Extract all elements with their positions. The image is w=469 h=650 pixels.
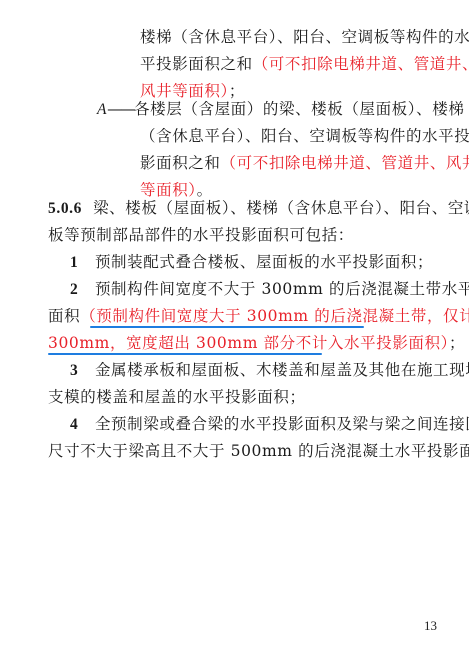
symbol-a: A [97, 101, 107, 118]
definition-a-line: A——各楼层（含屋面）的梁、楼板（屋面板）、楼梯 [97, 99, 464, 120]
definition-text-line: 等面积）。 [140, 180, 213, 200]
item-text: 面积 [48, 307, 80, 325]
item-text-line: 300mm，宽度超出 300mm 部分不计入水平投影面积）； [48, 333, 465, 353]
red-note: （可不扣除电梯井道、管道井、风井 [221, 154, 469, 172]
item-number: 4 [70, 416, 78, 433]
punctuation: ； [229, 82, 245, 100]
red-note: （可不扣除电梯井道、管道井、 [253, 55, 469, 73]
em-dash: —— [107, 100, 134, 118]
list-item-4: 4 全预制梁或叠合梁的水平投影面积及梁与梁之间连接区 [70, 414, 469, 435]
item-text-line: 支模的楼盖和屋盖的水平投影面积； [48, 387, 306, 407]
red-note: 风井等面积） [140, 82, 229, 100]
blue-underline-annotation [48, 353, 322, 355]
item-text: 全预制梁或叠合梁的水平投影面积及梁与梁之间连接区 [95, 415, 469, 433]
page-number: 13 [424, 618, 437, 634]
item-text: 预制装配式叠合楼板、屋面板的水平投影面积； [95, 253, 433, 271]
definition-text-line: （含休息平台）、阳台、空调板等构件的水平投 [140, 126, 469, 146]
red-note: 300mm，宽度超出 300mm 部分不计入水平投影面积） [48, 334, 449, 352]
clause-heading-line: 5.0.6 梁、楼板（屋面板）、楼梯（含休息平台）、阳台、空调 [48, 198, 469, 219]
clause-text-line: 板等预制部品部件的水平投影面积可包括： [48, 225, 354, 245]
blue-underline-annotation [90, 326, 364, 328]
list-item-1: 1 预制装配式叠合楼板、屋面板的水平投影面积； [70, 252, 433, 273]
definition-text: 各楼层（含屋面）的梁、楼板（屋面板）、楼梯 [134, 100, 464, 118]
list-item-2: 2 预制构件间宽度不大于 300mm 的后浇混凝土带水平投影 [70, 279, 469, 300]
clause-text: 梁、楼板（屋面板）、楼梯（含休息平台）、阳台、空调 [93, 199, 469, 217]
item-text-line: 面积（预制构件间宽度大于 300mm 的后浇混凝土带，仅计入 [48, 306, 469, 326]
item-text: 金属楼承板和屋面板、木楼盖和屋盖及其他在施工现场免 [95, 361, 469, 379]
item-text: 预制构件间宽度不大于 300mm 的后浇混凝土带水平投影 [95, 280, 469, 298]
red-note: 等面积） [140, 181, 197, 199]
definition-text-line: 平投影面积之和（可不扣除电梯井道、管道井、 [140, 54, 469, 74]
definition-text: 影面积之和 [140, 154, 221, 172]
punctuation: 。 [197, 181, 213, 199]
definition-text: 平投影面积之和 [140, 55, 253, 73]
clause-number: 5.0.6 [48, 200, 82, 217]
punctuation: ； [449, 334, 465, 352]
item-number: 1 [70, 254, 78, 271]
item-number: 2 [70, 281, 78, 298]
definition-text-line: 楼梯（含休息平台）、阳台、空调板等构件的水 [140, 27, 469, 47]
item-text-line: 尺寸不大于梁高且不大于 500mm 的后浇混凝土水平投影面积； [48, 441, 469, 461]
red-note: （预制构件间宽度大于 300mm 的后浇混凝土带，仅计入 [80, 307, 469, 325]
item-number: 3 [70, 362, 78, 379]
list-item-3: 3 金属楼承板和屋面板、木楼盖和屋盖及其他在施工现场免 [70, 360, 469, 381]
definition-text-line: 风井等面积）； [140, 81, 245, 101]
definition-text-line: 影面积之和（可不扣除电梯井道、管道井、风井 [140, 153, 469, 173]
